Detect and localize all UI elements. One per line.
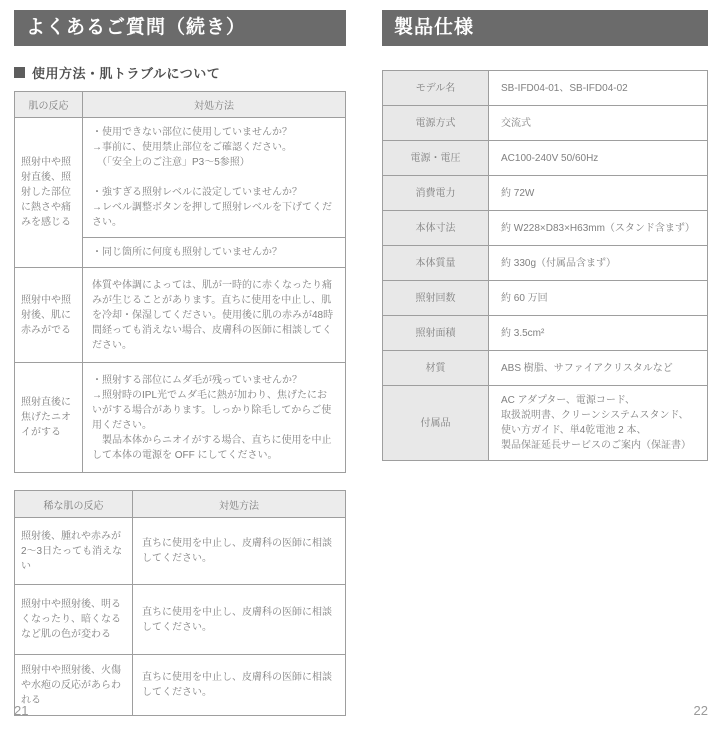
symptom-cell: 照射中や照射後、火傷や水疱の反応があらわれる xyxy=(15,655,133,716)
square-bullet-icon xyxy=(14,67,25,78)
spec-value: 交流式 xyxy=(489,106,708,141)
table-row: 照射中や照射後、肌に赤みがでる 体質や体調によっては、肌が一時的に赤くなったり痛… xyxy=(15,268,346,363)
spec-label: 本体寸法 xyxy=(383,211,489,246)
spec-label: 消費電力 xyxy=(383,176,489,211)
remedy-cell: 直ちに使用を中止し、皮膚科の医師に相談してください。 xyxy=(133,585,346,655)
spec-label: 電源方式 xyxy=(383,106,489,141)
remedy-cell: 直ちに使用を中止し、皮膚科の医師に相談してください。 xyxy=(133,518,346,585)
column-header-remedy: 対処方法 xyxy=(133,491,346,518)
symptom-cell: 照射後、腫れや赤みが2〜3日たっても消えない xyxy=(15,518,133,585)
table-row: 照射回数 約 60 万回 xyxy=(383,281,708,316)
spec-value: 約 60 万回 xyxy=(489,281,708,316)
spec-label: 照射面積 xyxy=(383,316,489,351)
table-row: 照射面積 約 3.5cm² xyxy=(383,316,708,351)
table-row: 照射中や照射直後、照射した部位に熱さや痛みを感じる ・使用できない部位に使用して… xyxy=(15,118,346,238)
remedy-cell: 直ちに使用を中止し、皮膚科の医師に相談してください。 xyxy=(133,655,346,716)
section-heading-label: 使用方法・肌トラブルについて xyxy=(32,63,220,82)
table-row: 照射中や照射後、火傷や水疱の反応があらわれる 直ちに使用を中止し、皮膚科の医師に… xyxy=(15,655,346,716)
spec-value: SB-IFD04-01、SB-IFD04-02 xyxy=(489,71,708,106)
table-row: 照射直後に焦げたニオイがする ・照射する部位にムダ毛が残っていませんか？ →照射… xyxy=(15,363,346,473)
table-row: 本体寸法 約 W228×D83×H63mm（スタンド含まず） xyxy=(383,211,708,246)
table-header-row: 稀な肌の反応 対処方法 xyxy=(15,491,346,518)
page-number-left: 21 xyxy=(14,703,28,718)
spec-page: 製品仕様 モデル名 SB-IFD04-01、SB-IFD04-02 電源方式 交… xyxy=(382,10,708,461)
spec-value: AC アダプター、電源コード、 取扱説明書、クリーンシステムスタンド、 使い方ガ… xyxy=(489,386,708,461)
spec-label: 付属品 xyxy=(383,386,489,461)
column-header-symptom: 肌の反応 xyxy=(15,92,83,118)
remedy-cell: ・照射する部位にムダ毛が残っていませんか？ →照射時のIPL光でムダ毛に熱が加わ… xyxy=(83,363,346,473)
symptom-cell: 照射中や照射後、明るくなったり、暗くなるなど肌の色が変わる xyxy=(15,585,133,655)
spec-value: AC100-240V 50/60Hz xyxy=(489,141,708,176)
table-row: モデル名 SB-IFD04-01、SB-IFD04-02 xyxy=(383,71,708,106)
spec-value: ABS 樹脂、サファイアクリスタルなど xyxy=(489,351,708,386)
column-header-remedy: 対処方法 xyxy=(83,92,346,118)
table-row: 本体質量 約 330g（付属品含まず） xyxy=(383,246,708,281)
table-row: 電源・電圧 AC100-240V 50/60Hz xyxy=(383,141,708,176)
page-number-right: 22 xyxy=(694,703,708,718)
table-row: 材質 ABS 樹脂、サファイアクリスタルなど xyxy=(383,351,708,386)
product-spec-table: モデル名 SB-IFD04-01、SB-IFD04-02 電源方式 交流式 電源… xyxy=(382,70,708,461)
table-row: 消費電力 約 72W xyxy=(383,176,708,211)
spec-value: 約 3.5cm² xyxy=(489,316,708,351)
column-header-symptom: 稀な肌の反応 xyxy=(15,491,133,518)
spec-value: 約 72W xyxy=(489,176,708,211)
rare-skin-reaction-table: 稀な肌の反応 対処方法 照射後、腫れや赤みが2〜3日たっても消えない 直ちに使用… xyxy=(14,490,346,716)
spec-label: 照射回数 xyxy=(383,281,489,316)
symptom-cell: 照射中や照射後、肌に赤みがでる xyxy=(15,268,83,363)
remedy-cell: 体質や体調によっては、肌が一時的に赤くなったり痛みが生じることがあります。直ちに… xyxy=(83,268,346,363)
spec-value: 約 W228×D83×H63mm（スタンド含まず） xyxy=(489,211,708,246)
faq-page: よくあるご質問（続き） 使用方法・肌トラブルについて 肌の反応 対処方法 照射中… xyxy=(14,10,346,716)
table-header-row: 肌の反応 対処方法 xyxy=(15,92,346,118)
page-title-banner: 製品仕様 xyxy=(382,10,708,46)
spec-label: 本体質量 xyxy=(383,246,489,281)
remedy-cell: ・使用できない部位に使用していませんか？ →事前に、使用禁止部位をご確認ください… xyxy=(83,118,346,238)
section-heading: 使用方法・肌トラブルについて xyxy=(14,63,346,82)
table-row: 照射後、腫れや赤みが2〜3日たっても消えない 直ちに使用を中止し、皮膚科の医師に… xyxy=(15,518,346,585)
skin-reaction-table: 肌の反応 対処方法 照射中や照射直後、照射した部位に熱さや痛みを感じる ・使用で… xyxy=(14,91,346,473)
symptom-cell: 照射中や照射直後、照射した部位に熱さや痛みを感じる xyxy=(15,118,83,268)
page-title-banner: よくあるご質問（続き） xyxy=(14,10,346,46)
table-row: 電源方式 交流式 xyxy=(383,106,708,141)
remedy-cell: ・同じ箇所に何度も照射していませんか？ xyxy=(83,238,346,268)
symptom-cell: 照射直後に焦げたニオイがする xyxy=(15,363,83,473)
table-row: 付属品 AC アダプター、電源コード、 取扱説明書、クリーンシステムスタンド、 … xyxy=(383,386,708,461)
spec-label: 電源・電圧 xyxy=(383,141,489,176)
table-row: 照射中や照射後、明るくなったり、暗くなるなど肌の色が変わる 直ちに使用を中止し、… xyxy=(15,585,346,655)
spec-label: 材質 xyxy=(383,351,489,386)
spec-label: モデル名 xyxy=(383,71,489,106)
spec-value: 約 330g（付属品含まず） xyxy=(489,246,708,281)
